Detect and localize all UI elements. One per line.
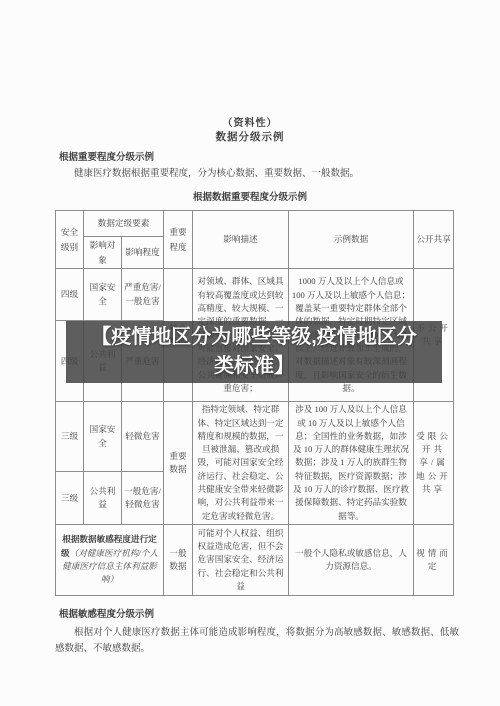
cell-impact-degree: 严重危害/一般危害 [122, 269, 164, 321]
doc-title: 数据分级示例 [0, 129, 500, 144]
col-header-importance: 重要程度 [164, 211, 193, 269]
sensitivity-paragraph: 根据对个人健康医疗数据主体可能造成影响程度，将数据分为高敏感数据、敏感数据、低敏… [55, 626, 459, 657]
cell-example-general: 一般个人隐私或敏感信息，人力资源信息。 [289, 525, 414, 596]
data-grading-table: 安全级别 数据定级要素 重要程度 影响描述 示例数据 公开共享 影响对象 影响程… [55, 210, 454, 596]
cell-impact-desc-general: 可能对个人权益、组织权益造成危害，但不会危害国家安全、经济运行、社会稳定和公共利… [193, 525, 289, 596]
cell-importance-general: 一般数据 [164, 525, 193, 596]
cell-level: 三级 [56, 472, 84, 525]
watermark-overlay: 【疫情地区分为哪些等级,疫情地区分类标准】 [66, 321, 442, 383]
cell-level: 三级 [56, 402, 84, 472]
cell-level: 四级 [56, 269, 84, 321]
header-row-1: 安全级别 数据定级要素 重要程度 影响描述 示例数据 公开共享 [56, 211, 454, 237]
cell-example-level3: 涉及 100 万人及以上个人信息或 10 万人及以上敏感个人信息；全国性的业务数… [289, 402, 414, 525]
col-header-grading-elements: 数据定级要素 [84, 211, 164, 237]
document-page: （资料性） 数据分级示例 根据重要程度分级示例 健康医疗数据根据重要程度，分为核… [0, 0, 500, 706]
sensitivity-label-note: （对健康医疗机构/个人健康医疗信息主体利益影响） [62, 548, 158, 585]
watermark-text: 【疫情地区分为哪些等级,疫情地区分类标准】 [84, 323, 424, 381]
cell-impact-degree: 轻微危害 [122, 402, 164, 472]
col-header-example-data: 示例数据 [289, 211, 414, 269]
cell-sharing-general: 视情而定 [414, 525, 454, 596]
table-row-level3-national: 三级 国家安全 轻微危害 重要数据 指特定领域、特定群体、特定区域达到一定精度和… [56, 402, 454, 472]
cell-impact-object: 公共利益 [84, 472, 122, 525]
col-header-impact-degree: 影响程度 [122, 237, 164, 269]
cell-importance-important: 重要数据 [164, 402, 193, 525]
table-row-sensitivity: 根据数据敏感程度进行定级（对健康医疗机构/个人健康医疗信息主体利益影响） 一般数… [56, 525, 454, 596]
cell-sensitivity-label: 根据数据敏感程度进行定级（对健康医疗机构/个人健康医疗信息主体利益影响） [56, 525, 164, 596]
col-header-impact-desc: 影响描述 [193, 211, 289, 269]
cell-impact-object: 国家安全 [84, 402, 122, 472]
table-caption: 根据数据重要程度分级示例 [0, 189, 500, 203]
cell-sharing-level3: 受限公开共享/属地公开共享 [414, 402, 454, 525]
sensitivity-section-heading: 根据敏感程度分级示例 [59, 606, 154, 620]
cell-impact-object: 国家安全 [84, 269, 122, 321]
col-header-security-level: 安全级别 [56, 211, 84, 269]
doc-kicker: （资料性） [0, 114, 500, 129]
col-header-impact-object: 影响对象 [84, 237, 122, 269]
cell-impact-desc-level3: 指特定领域、特定群体、特定区域达到一定精度和规模的数据，一旦被泄漏、篡改或损毁，… [193, 402, 289, 525]
importance-section-heading: 根据重要程度分级示例 [59, 149, 154, 163]
cell-impact-degree: 一般危害/轻微危害 [122, 472, 164, 525]
table-row-level4-national: 四级 国家安全 严重危害/一般危害 核心数据 对领域、群体、区域具有较高覆盖度或… [56, 269, 454, 321]
col-header-sharing: 公开共享 [414, 211, 454, 269]
importance-paragraph: 健康医疗数据根据重要程度，分为核心数据、重要数据、一般数据。 [55, 167, 459, 183]
